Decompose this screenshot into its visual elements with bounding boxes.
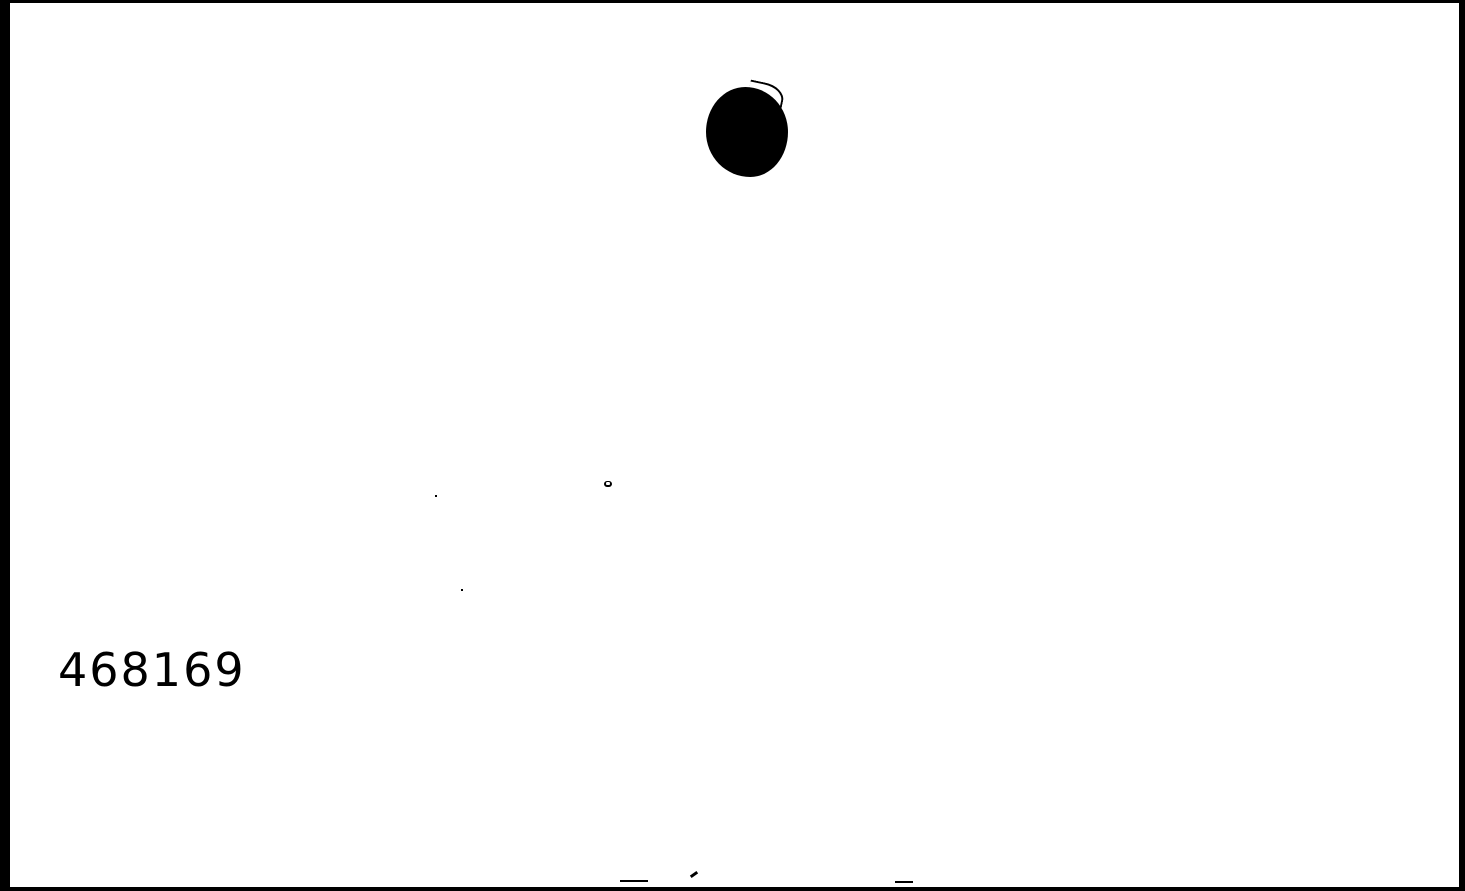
scan-speck bbox=[435, 495, 437, 497]
scan-speck bbox=[604, 481, 612, 487]
scan-smudge bbox=[620, 880, 648, 882]
card-number: 468169 bbox=[58, 643, 246, 697]
scan-smudge bbox=[895, 881, 913, 883]
index-card: 468169 bbox=[10, 3, 1459, 887]
scan-speck bbox=[461, 589, 463, 591]
